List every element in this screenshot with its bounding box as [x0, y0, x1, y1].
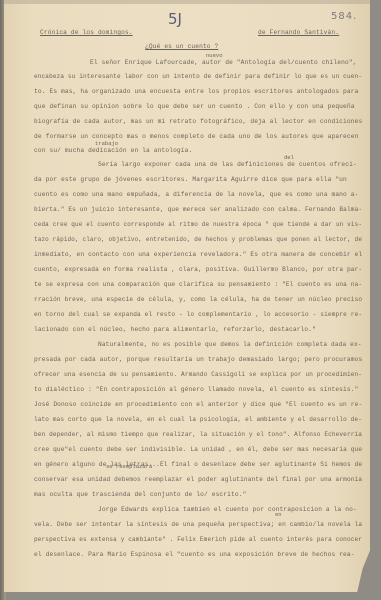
- text-line: tazo rápido, claro, objetivo, entretenid…: [34, 236, 362, 243]
- text-line: en torno del cual se expanda el resto - …: [34, 311, 362, 318]
- text-line: perspectiva es extensa y cambiante" . Fe…: [34, 536, 362, 543]
- text-line: José Donoso coincide en procedimiento co…: [34, 401, 362, 408]
- insertion-del: del: [284, 154, 294, 161]
- text-line: que definan su opinion sobre lo que debe…: [34, 103, 355, 110]
- text-line: da por este grupo de jóvenes escritores.…: [34, 176, 347, 183]
- column-title: Crónica de los domingos.: [40, 29, 133, 36]
- text-line: ceda cree que el cuento corresponde al r…: [34, 221, 362, 228]
- text-line: Jorge Edwards explica tambien el cuento …: [98, 506, 357, 513]
- text-line: ofrecer una esencia de su pensamiento. A…: [34, 371, 362, 378]
- text-line: ben depender, al mismo tiempo que realiz…: [34, 431, 362, 438]
- insertion-nuevo: nuevo: [206, 52, 223, 59]
- text-line: el desenlace. Para Mario Espinosa el "cu…: [34, 551, 355, 558]
- text-line: en género alguno de las letras...El fina…: [34, 461, 362, 468]
- text-line: Naturalmente, no es posible que demos la…: [98, 341, 362, 348]
- stamped-page-number: 584.: [331, 11, 357, 22]
- text-line: vela. Debe ser intentar la síntesis de u…: [34, 521, 362, 528]
- text-line: lato mas corto que la novela, en el cual…: [34, 416, 362, 423]
- text-line: con su/ mucha dedicación en la antología…: [34, 147, 192, 154]
- handwritten-folio-number: 5J: [168, 10, 182, 28]
- text-line: conservar esa unidad debemos reemplazar …: [34, 476, 362, 483]
- text-line: cuento, expresada en forma realista , cl…: [34, 266, 362, 273]
- text-line: cree que"el cuento debe ser indivisible.…: [34, 446, 362, 453]
- author-byline: de Fernando Santiván.: [258, 29, 339, 36]
- text-line: bierta." Es un juicio interesante, que m…: [34, 206, 362, 213]
- text-line: presada por cada autor, porque resultarí…: [34, 356, 362, 363]
- text-line: cuento es como una mano empuñada, a dife…: [34, 191, 359, 198]
- text-line: biografía de cada autor, mas un mi retra…: [34, 118, 362, 125]
- text-line: de formarse un concepto mas o menos comp…: [34, 133, 359, 140]
- text-line: El señor Enrique Lafourcade, autor de "A…: [90, 59, 357, 66]
- text-line: inmediato, en contacto con una experienc…: [34, 251, 362, 258]
- text-line: to. Es mas, ha organizado una encuesta e…: [34, 88, 359, 95]
- article-title: ¿Qué es un cuento ?: [145, 43, 218, 50]
- text-line: lacionado con el núcleo, hecho para alim…: [34, 326, 316, 333]
- scanned-document: 5J 584. Crónica de los domingos. de Fern…: [0, 0, 381, 600]
- text-line: to dialéctico : "En contraposición al gé…: [34, 386, 359, 393]
- text-line: te se expresa con una comparación que cl…: [34, 281, 362, 288]
- text-line: encabeza su interesante labor con un int…: [34, 73, 362, 80]
- text-line: Sería largo exponer cada una de las defi…: [98, 161, 357, 168]
- page-top-edge: [4, 0, 370, 4]
- text-line: rración breve, una especie de célula, y,…: [34, 296, 362, 303]
- insertion-trabajo: trabajo: [95, 140, 118, 147]
- text-line: mas oculta que trascienda del conjunto d…: [34, 491, 246, 498]
